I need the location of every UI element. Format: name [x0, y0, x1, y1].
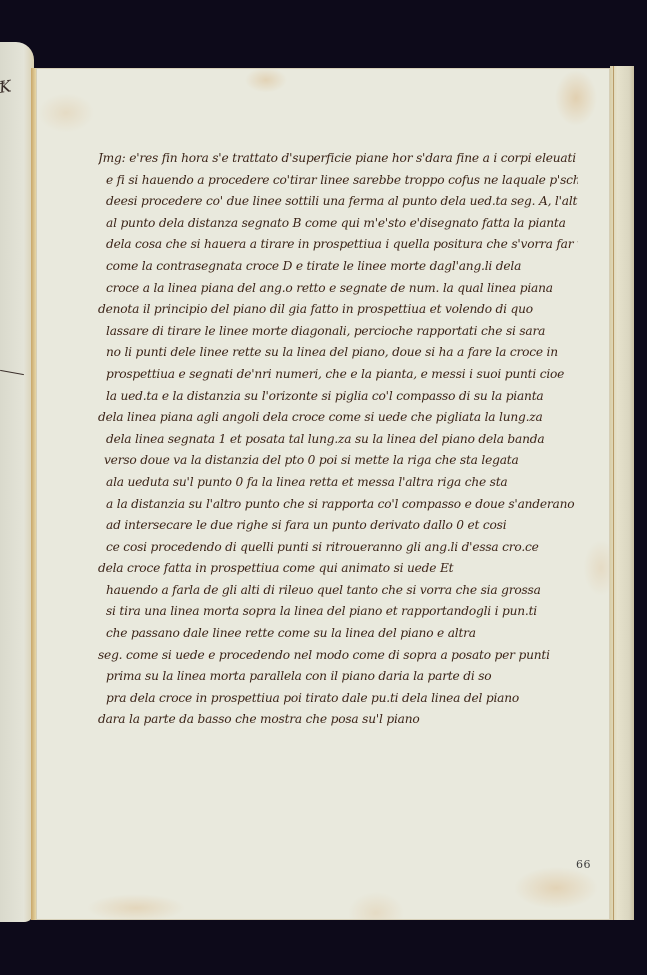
leaf-edge-line	[613, 66, 614, 920]
text-line: dela linea segnata 1 et posata tal lung.…	[98, 429, 578, 451]
text-line: ala ueduta su'l punto 0 fa la linea rett…	[98, 472, 578, 494]
text-line: prospettiua e segnati de'nri numeri, che…	[98, 364, 578, 386]
previous-leaf-edge: Ꝁ	[0, 42, 34, 922]
text-line: denota il principio del piano dil gia fa…	[98, 299, 578, 321]
text-line: e fi si hauendo a procedere co'tirar lin…	[98, 170, 578, 192]
text-line: dela linea piana agli angoli dela croce …	[98, 407, 578, 429]
text-line: come la contrasegnata croce D e tirate l…	[98, 256, 578, 278]
text-line: croce a la linea piana del ang.o retto e…	[98, 278, 578, 300]
text-line: deesi procedere co' due linee sottili un…	[98, 191, 578, 213]
text-line: si tira una linea morta sopra la linea d…	[98, 601, 578, 623]
manuscript-page: Jmg: e'res fin hora s'e trattato d'super…	[36, 68, 610, 920]
text-line: verso doue va la distanzia del pto 0 poi…	[98, 450, 578, 472]
text-line: dela croce fatta in prospettiua come qui…	[98, 558, 578, 580]
text-line: hauendo a farla de gli alti di rileuo qu…	[98, 580, 578, 602]
marginal-stroke	[0, 370, 24, 375]
text-line: ad intersecare le due righe si fara un p…	[98, 515, 578, 537]
stacked-leaves-edge	[610, 66, 634, 920]
text-line: a la distanzia su l'altro punto che si r…	[98, 494, 578, 516]
text-line: seg. come si uede e procedendo nel modo …	[98, 645, 578, 667]
text-line: prima su la linea morta parallela con il…	[98, 666, 578, 688]
manuscript-scan: Ꝁ Jmg: e'res fin hora s'e trattato d'sup…	[0, 0, 647, 975]
text-line: no li punti dele linee rette su la linea…	[98, 342, 578, 364]
text-line: Jmg: e'res fin hora s'e trattato d'super…	[98, 148, 578, 170]
text-line: che passano dale linee rette come su la …	[98, 623, 578, 645]
text-line: al punto dela distanza segnato B come qu…	[98, 213, 578, 235]
text-line: lassare di tirare le linee morte diagona…	[98, 321, 578, 343]
text-line: pra dela croce in prospettiua poi tirato…	[98, 688, 578, 710]
text-line: ce cosi procedendo di quelli punti si ri…	[98, 537, 578, 559]
handwritten-text-block: Jmg: e'res fin hora s'e trattato d'super…	[98, 148, 578, 731]
text-line: dela cosa che si hauera a tirare in pros…	[98, 234, 578, 256]
folio-number: 66	[576, 858, 591, 871]
text-line: dara la parte da basso che mostra che po…	[98, 709, 578, 731]
marginal-mark: Ꝁ	[0, 74, 28, 109]
text-line: la ued.ta e la distanzia su l'orizonte s…	[98, 386, 578, 408]
